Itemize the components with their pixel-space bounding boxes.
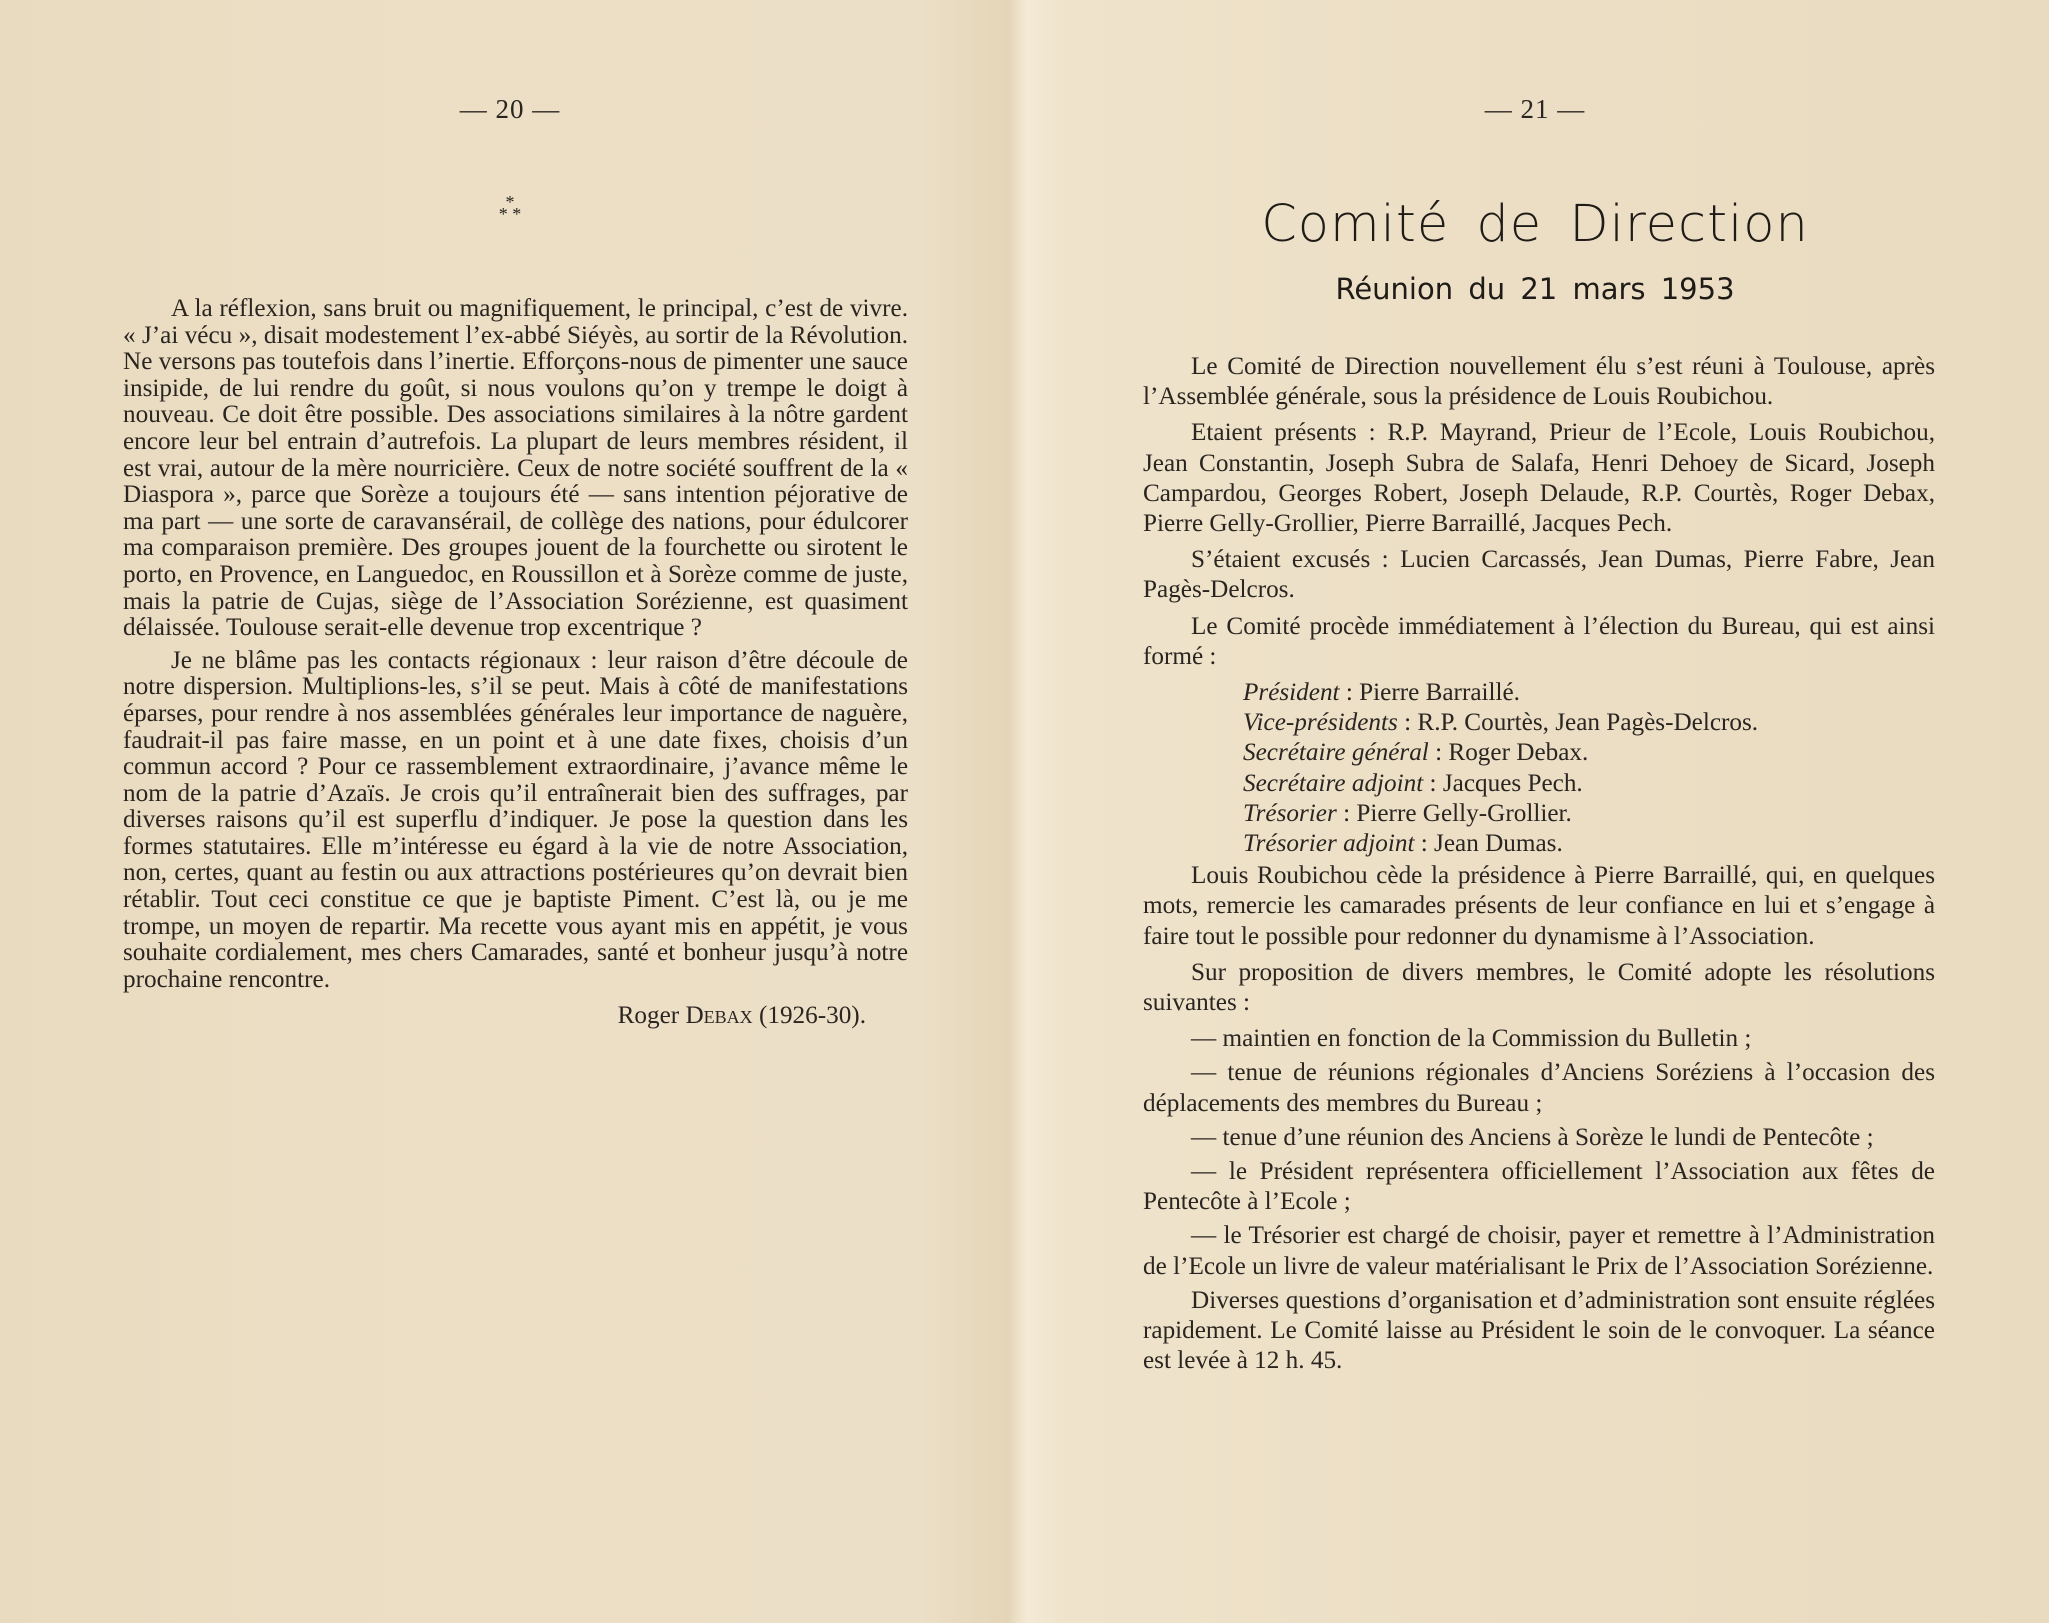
author-last-name: Debax bbox=[685, 1002, 752, 1029]
bureau-entry: Secrétaire général : Roger Debax. bbox=[1243, 738, 1935, 768]
left-page: — 20 — ** * A la réflexion, sans bruit o… bbox=[0, 0, 1024, 1623]
role-label: Secrétaire général bbox=[1243, 739, 1429, 766]
role-label: Trésorier adjoint bbox=[1243, 830, 1414, 857]
closing-paragraph: Diverses questions d’organisation et d’a… bbox=[1143, 1286, 1935, 1377]
bureau-entry: Trésorier : Pierre Gelly-Grollier. bbox=[1243, 799, 1935, 829]
right-page: — 21 — Comité de Direction Réunion du 21… bbox=[1025, 0, 2049, 1623]
resolutions-intro: Sur proposition de divers membres, le Co… bbox=[1143, 958, 1935, 1018]
article-body: A la réflexion, sans bruit ou magnifique… bbox=[123, 296, 908, 1030]
bureau-entry: Vice-présidents : R.P. Courtès, Jean Pag… bbox=[1243, 708, 1935, 738]
role-label: Trésorier bbox=[1243, 800, 1337, 827]
paragraph: Le Comité de Direction nouvellement élu … bbox=[1143, 352, 1935, 412]
role-holder: Pierre Barraillé. bbox=[1359, 679, 1520, 706]
asterism-ornament: ** * bbox=[490, 196, 530, 220]
resolution-item: — le Trésorier est chargé de choisir, pa… bbox=[1143, 1221, 1935, 1281]
resolutions-list: — maintien en fonction de la Commission … bbox=[1143, 1024, 1935, 1282]
bureau-entry: Secrétaire adjoint : Jacques Pech. bbox=[1243, 769, 1935, 799]
bureau-entry: Trésorier adjoint : Jean Dumas. bbox=[1243, 829, 1935, 859]
author-first-name: Roger bbox=[618, 1002, 680, 1029]
book-spread: — 20 — ** * A la réflexion, sans bruit o… bbox=[0, 0, 2049, 1623]
role-label: Vice-présidents bbox=[1243, 709, 1398, 736]
role-label: Secrétaire adjoint bbox=[1243, 770, 1423, 797]
role-label: Président bbox=[1243, 679, 1340, 706]
author-signature: Roger Debax (1926-30). bbox=[123, 1003, 908, 1030]
paragraph-excused: S’étaient excusés : Lucien Carcassés, Je… bbox=[1143, 545, 1935, 605]
minutes-body: Le Comité de Direction nouvellement élu … bbox=[1143, 352, 1935, 1383]
resolution-item: — tenue de réunions régionales d’Anciens… bbox=[1143, 1058, 1935, 1118]
role-holder: R.P. Courtès, Jean Pagès-Delcros. bbox=[1417, 709, 1758, 736]
role-holder: Roger Debax. bbox=[1448, 739, 1588, 766]
page-number: — 21 — bbox=[1025, 94, 2045, 125]
bureau-list: Président : Pierre Barraillé. Vice-prési… bbox=[1143, 678, 1935, 859]
resolution-item: — maintien en fonction de la Commission … bbox=[1143, 1024, 1935, 1054]
bureau-entry: Président : Pierre Barraillé. bbox=[1243, 678, 1935, 708]
section-title: Comité de Direction bbox=[1025, 195, 2045, 254]
paragraph-attendees: Etaient présents : R.P. Mayrand, Prieur … bbox=[1143, 418, 1935, 539]
role-holder: Jacques Pech. bbox=[1443, 770, 1583, 797]
role-holder: Pierre Gelly-Grollier. bbox=[1356, 800, 1571, 827]
paragraph: Louis Roubichou cède la présidence à Pie… bbox=[1143, 861, 1935, 952]
page-number: — 20 — bbox=[0, 94, 1022, 125]
role-holder: Jean Dumas. bbox=[1434, 830, 1563, 857]
paragraph: A la réflexion, sans bruit ou magnifique… bbox=[123, 296, 908, 642]
paragraph-election: Le Comité procède immédiatement à l’élec… bbox=[1143, 612, 1935, 672]
author-years: (1926-30). bbox=[759, 1002, 866, 1029]
paragraph: Je ne blâme pas les contacts régionaux :… bbox=[123, 648, 908, 994]
resolution-item: — le Président représentera officielleme… bbox=[1143, 1157, 1935, 1217]
meeting-date-heading: Réunion du 21 mars 1953 bbox=[1025, 272, 2045, 306]
resolution-item: — tenue d’une réunion des Anciens à Sorè… bbox=[1143, 1123, 1935, 1153]
